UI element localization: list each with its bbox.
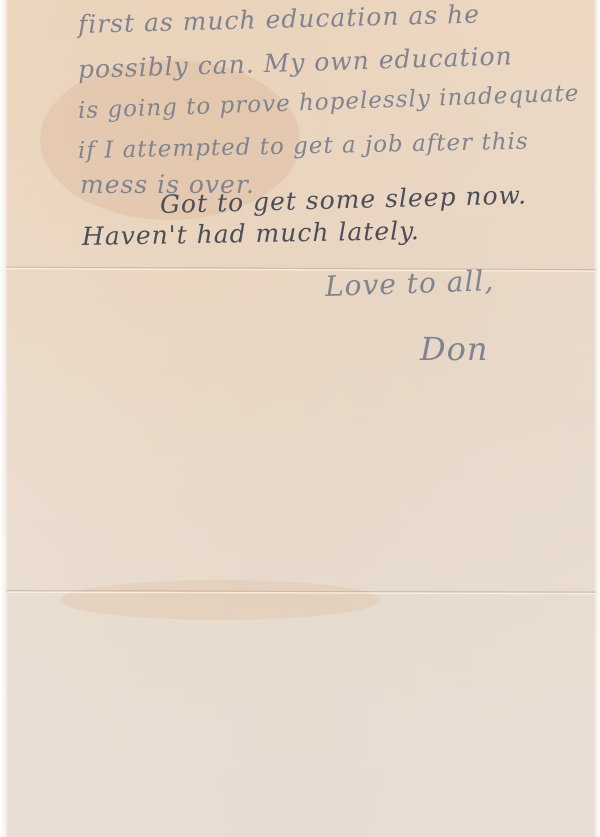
fold-line-upper <box>6 267 596 273</box>
body-line: possibly can. My own education <box>78 41 514 84</box>
paper-right-edge <box>594 0 600 837</box>
body-line: Haven't had much lately. <box>82 216 420 251</box>
paper-left-edge <box>0 0 8 837</box>
letter-signature: Don <box>420 330 489 368</box>
letter-page: first as much education as he possibly c… <box>0 0 600 837</box>
paper-stain <box>60 580 380 620</box>
letter-closing: Love to all, <box>324 264 494 303</box>
body-line: first as much education as he <box>78 0 481 39</box>
